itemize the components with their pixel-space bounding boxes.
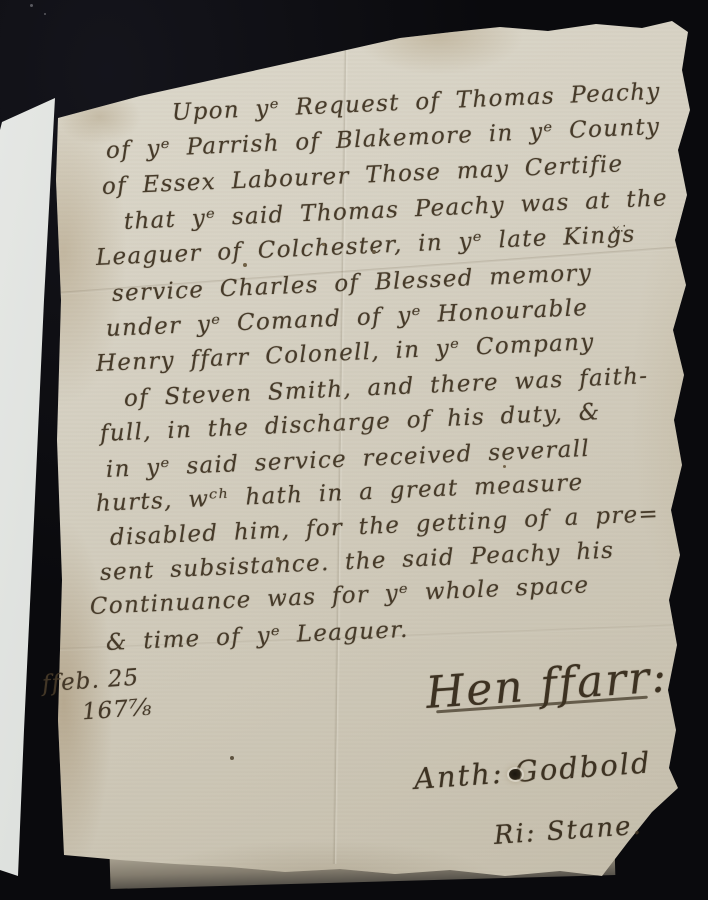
ink-speck [372,250,376,254]
signature-ri-stane: Ri: Stane. [493,811,644,851]
ink-speck [322,243,325,246]
manuscript-text: Upon yᵉ Request of Thomas Peachy of yᵉ P… [0,0,708,900]
ink-speck [276,557,280,561]
date-day: ffeb. 25 [41,665,140,698]
ink-speck [503,465,506,468]
wormhole [509,769,522,780]
ink-speck [243,263,247,267]
insertion-mark: x∴ [612,222,630,238]
photo-background: Upon yᵉ Request of Thomas Peachy of yᵉ P… [0,0,708,900]
manuscript-line: & time of yᵉ Leaguer. [105,617,409,656]
signature-anth-godbold: Anth: Godbold [413,745,653,796]
date-year: 167⅞ [81,695,153,726]
ink-speck [230,756,234,760]
